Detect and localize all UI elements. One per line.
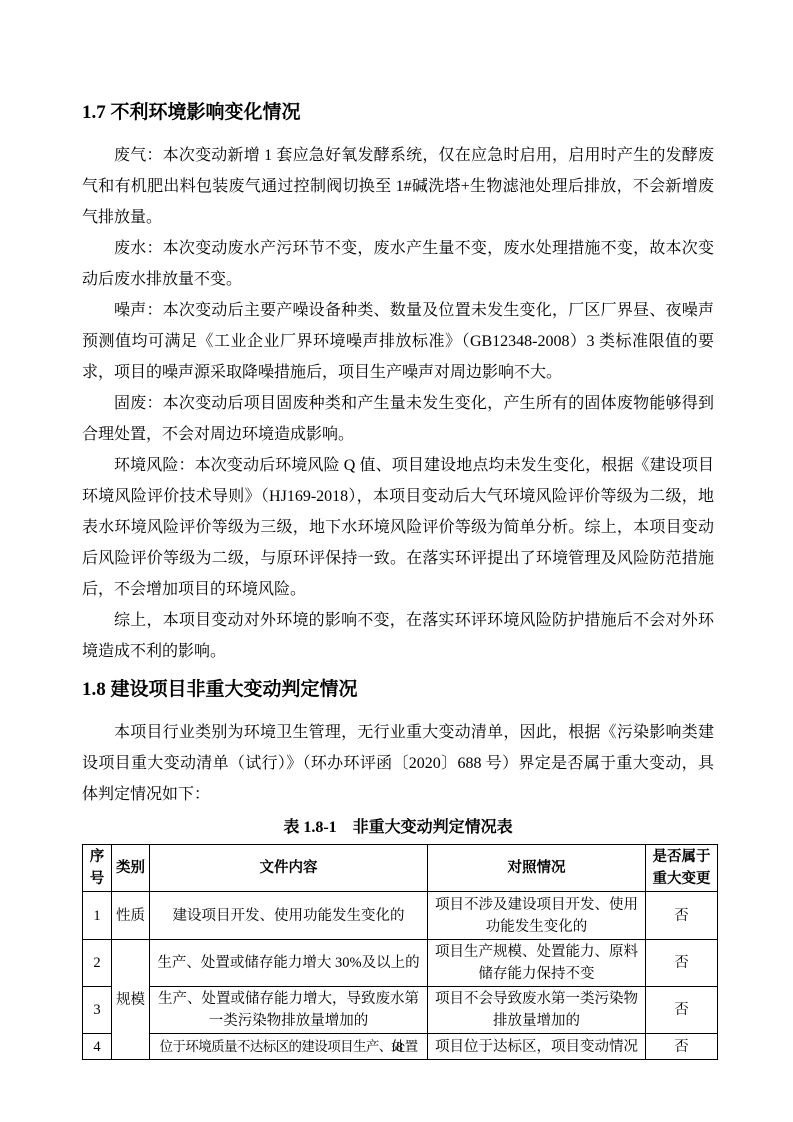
non-major-change-table: 序号 类别 文件内容 对照情况 是否属于重大变更 1 性质 建设项目开发、使用功…	[82, 844, 718, 1060]
page-content: 1.7 不利环境影响变化情况 废气：本次变动新增 1 套应急好氧发酵系统，仅在应…	[82, 0, 714, 1060]
cell-major: 否	[646, 940, 718, 987]
cell-major: 否	[646, 892, 718, 940]
page-number: 18	[0, 1040, 793, 1055]
cell-major: 否	[646, 987, 718, 1034]
cell-seq: 1	[83, 892, 112, 940]
table-row: 1 性质 建设项目开发、使用功能发生变化的 项目不涉及建设项目开发、使用功能发生…	[83, 892, 718, 940]
section-1-8-heading: 1.8 建设项目非重大变动判定情况	[82, 677, 714, 703]
paragraph-summary: 综上，本项目变动对外环境的影响不变，在落实环评环境风险防护措施后不会对外环境造成…	[82, 605, 714, 667]
cell-seq: 2	[83, 940, 112, 987]
cell-content: 生产、处置或储存能力增大，导致废水第一类污染物排放量增加的	[150, 987, 428, 1034]
table-row: 3 生产、处置或储存能力增大，导致废水第一类污染物排放量增加的 项目不会导致废水…	[83, 987, 718, 1034]
document-page: 1.7 不利环境影响变化情况 废气：本次变动新增 1 套应急好氧发酵系统，仅在应…	[0, 0, 793, 1122]
table-row: 2 规模 生产、处置或储存能力增大 30%及以上的 项目生产规模、处置能力、原料…	[83, 940, 718, 987]
section-1-7-heading: 1.7 不利环境影响变化情况	[82, 100, 714, 126]
col-header-major-change: 是否属于重大变更	[646, 845, 718, 892]
paragraph-solid-waste: 固废：本次变动后项目固废种类和产生量未发生变化，产生所有的固体废物能够得到合理处…	[82, 388, 714, 450]
col-header-content: 文件内容	[150, 845, 428, 892]
paragraph-noise: 噪声：本次变动后主要产噪设备种类、数量及位置未发生变化，厂区厂界昼、夜噪声预测值…	[82, 295, 714, 388]
table-title: 表 1.8-1 非重大变动判定情况表	[82, 816, 714, 840]
cell-comparison: 项目不会导致废水第一类污染物排放量增加的	[428, 987, 646, 1034]
col-header-comparison: 对照情况	[428, 845, 646, 892]
cell-content: 建设项目开发、使用功能发生变化的	[150, 892, 428, 940]
col-header-category: 类别	[112, 845, 150, 892]
paragraph-waste-gas: 废气：本次变动新增 1 套应急好氧发酵系统，仅在应急时启用，启用时产生的发酵废气…	[82, 140, 714, 233]
cell-comparison: 项目生产规模、处置能力、原料储存能力保持不变	[428, 940, 646, 987]
paragraph-judgement-intro: 本项目行业类别为环境卫生管理，无行业重大变动清单，因此，根据《污染影响类建设项目…	[82, 717, 714, 810]
cell-category: 性质	[112, 892, 150, 940]
cell-content: 生产、处置或储存能力增大 30%及以上的	[150, 940, 428, 987]
paragraph-waste-water: 废水：本次变动废水产污环节不变，废水产生量不变，废水处理措施不变，故本次变动后废…	[82, 233, 714, 295]
paragraph-env-risk: 环境风险：本次变动后环境风险 Q 值、项目建设地点均未发生变化，根据《建设项目环…	[82, 450, 714, 605]
cell-seq: 3	[83, 987, 112, 1034]
cell-comparison: 项目不涉及建设项目开发、使用功能发生变化的	[428, 892, 646, 940]
col-header-seq: 序号	[83, 845, 112, 892]
table-header-row: 序号 类别 文件内容 对照情况 是否属于重大变更	[83, 845, 718, 892]
